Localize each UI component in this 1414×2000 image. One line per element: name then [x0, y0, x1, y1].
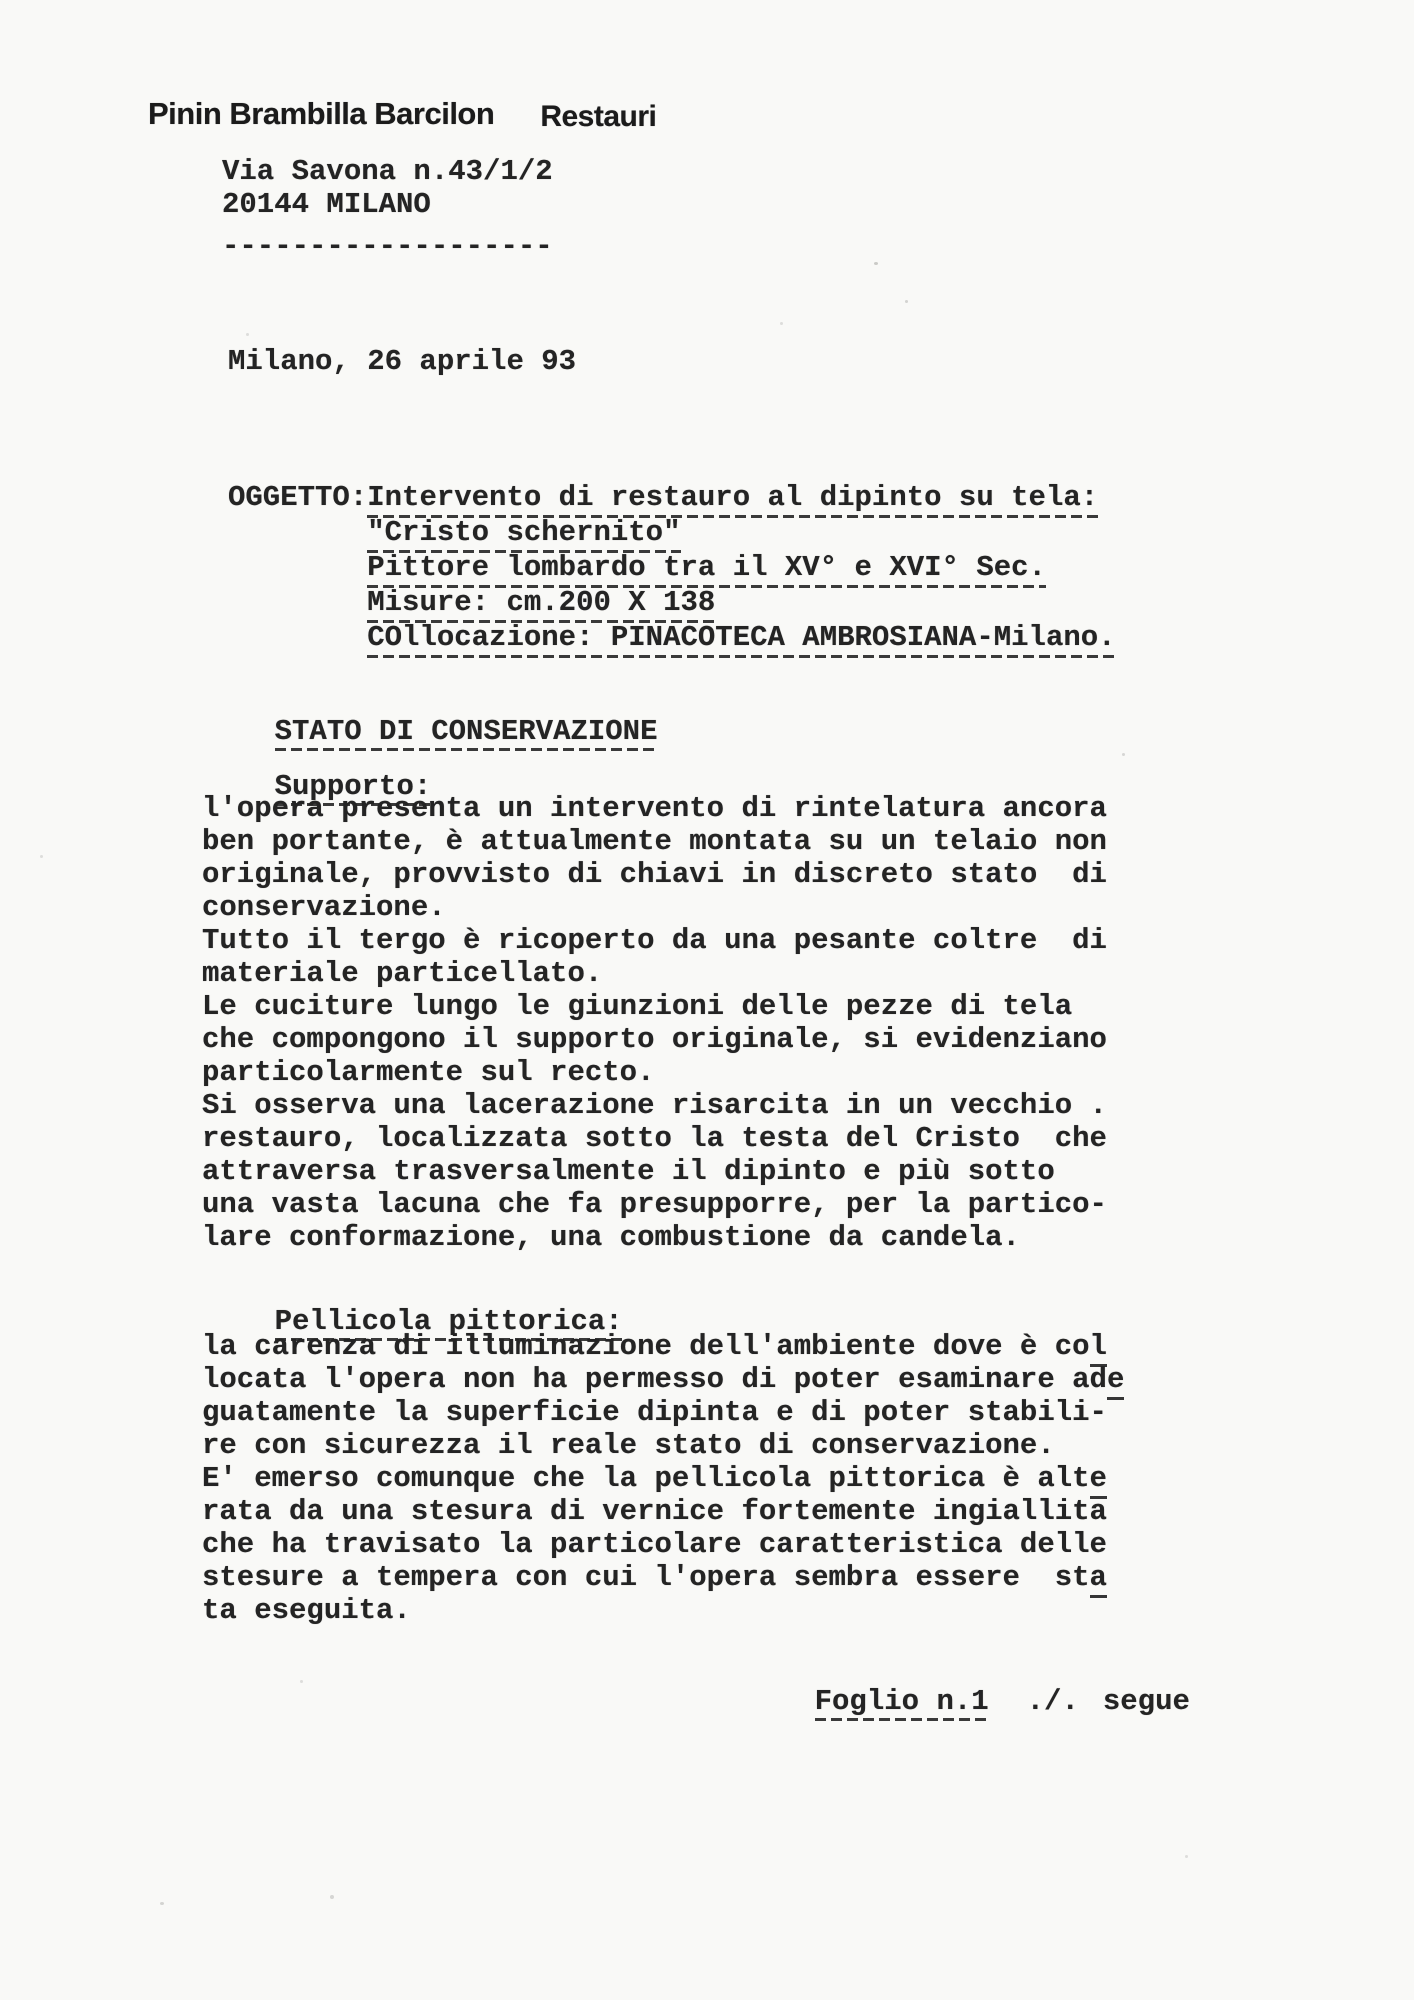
text-line: rata da una stesura di vernice fortement…	[202, 1495, 1124, 1528]
scan-speck	[1122, 753, 1125, 756]
text-line-content: stesure a tempera con cui l'opera sembra…	[202, 1561, 1090, 1594]
subject-block: OGGETTO: Intervento di restauro al dipin…	[228, 480, 1116, 655]
subject-label: OGGETTO:	[228, 480, 367, 655]
text-line: Si osserva una lacerazione risarcita in …	[202, 1089, 1107, 1122]
scan-speck	[874, 262, 878, 265]
text-line: "Cristo schernito"	[367, 515, 1115, 550]
address-city: 20144 MILANO	[222, 188, 431, 221]
underlined-letter: e	[1107, 1363, 1124, 1400]
text-line-content: locata l'opera non ha permesso di poter …	[202, 1363, 1107, 1396]
text-line-content: Si osserva una lacerazione risarcita in …	[202, 1089, 1107, 1122]
text-line-content: re con sicurezza il reale stato di conse…	[202, 1429, 1055, 1462]
text-line-content: COllocazione: PINACOTECA AMBROSIANA-Mila…	[367, 620, 1115, 658]
text-line: Intervento di restauro al dipinto su tel…	[367, 480, 1115, 515]
footer-continuation: segue	[1103, 1685, 1190, 1718]
text-line: che ha travisato la particolare caratter…	[202, 1528, 1124, 1561]
letterhead-name: Pinin Brambilla Barcilon	[148, 96, 494, 132]
text-line: originale, provvisto di chiavi in discre…	[202, 858, 1107, 891]
text-line-content: ta eseguita.	[202, 1594, 411, 1627]
text-line: Pittore lombardo tra il XV° e XVI° Sec.	[367, 550, 1115, 585]
text-line: attraversa trasversalmente il dipinto e …	[202, 1155, 1107, 1188]
text-line-content: lare conformazione, una combustione da c…	[202, 1221, 1020, 1254]
text-line-content: Tutto il tergo è ricoperto da una pesant…	[202, 924, 1107, 957]
text-line: una vasta lacuna che fa presupporre, per…	[202, 1188, 1107, 1221]
address-street: Via Savona n.43/1/2	[222, 155, 553, 188]
text-line: ben portante, è attualmente montata su u…	[202, 825, 1107, 858]
address-line: Via Savona n.43/1/2	[222, 155, 553, 188]
text-line: conservazione.	[202, 891, 1107, 924]
text-line-content: materiale particellato.	[202, 957, 602, 990]
text-line-content: ben portante, è attualmente montata su u…	[202, 825, 1107, 858]
address-line: 20144 MILANO	[222, 188, 553, 221]
text-line-content: una vasta lacuna che fa presupporre, per…	[202, 1188, 1107, 1221]
page-footer: Foglio n.1./.segue	[745, 1652, 1190, 1754]
subject-lines: Intervento di restauro al dipinto su tel…	[367, 480, 1115, 655]
text-line-content: la carenza di illuminazione dell'ambient…	[202, 1330, 1090, 1363]
text-line-content: Le cuciture lungo le giunzioni delle pez…	[202, 990, 1072, 1023]
text-line: E' emerso comunque che la pellicola pitt…	[202, 1462, 1124, 1495]
text-line-content: "Cristo schernito"	[367, 515, 680, 553]
text-line: che compongono il supporto originale, si…	[202, 1023, 1107, 1056]
text-line-content: guatamente la superficie dipinta e di po…	[202, 1396, 1107, 1429]
dateline: Milano, 26 aprile 93	[228, 345, 576, 378]
text-line: Misure: cm.200 X 138	[367, 585, 1115, 620]
text-line: l'opera presenta un intervento di rintel…	[202, 792, 1107, 825]
footer-separator: ./.	[1027, 1685, 1079, 1718]
support-paragraph: l'opera presenta un intervento di rintel…	[202, 792, 1107, 1254]
text-line: restauro, localizzata sotto la testa del…	[202, 1122, 1107, 1155]
text-line-content: restauro, localizzata sotto la testa del…	[202, 1122, 1107, 1155]
underlined-letter: e	[1090, 1462, 1107, 1499]
scan-speck	[246, 333, 249, 336]
scan-speck	[780, 322, 783, 325]
scan-speck	[330, 1895, 334, 1899]
text-line: ta eseguita.	[202, 1594, 1124, 1627]
text-line-content: E' emerso comunque che la pellicola pitt…	[202, 1462, 1090, 1495]
text-line: locata l'opera non ha permesso di poter …	[202, 1363, 1124, 1396]
text-line: particolarmente sul recto.	[202, 1056, 1107, 1089]
letterhead: Pinin Brambilla Barcilon Restauri	[148, 96, 656, 132]
text-line: stesure a tempera con cui l'opera sembra…	[202, 1561, 1124, 1594]
text-line-content: conservazione.	[202, 891, 446, 924]
text-line-content: che ha travisato la particolare caratter…	[202, 1528, 1107, 1561]
paint-film-paragraph: la carenza di illuminazione dell'ambient…	[202, 1330, 1124, 1627]
text-line: re con sicurezza il reale stato di conse…	[202, 1429, 1124, 1462]
text-line: guatamente la superficie dipinta e di po…	[202, 1396, 1124, 1429]
text-line: materiale particellato.	[202, 957, 1107, 990]
text-line-content: l'opera presenta un intervento di rintel…	[202, 792, 1107, 825]
text-line-content: che compongono il supporto originale, si…	[202, 1023, 1107, 1056]
text-line: COllocazione: PINACOTECA AMBROSIANA-Mila…	[367, 620, 1115, 655]
scanned-letter-page: Pinin Brambilla Barcilon Restauri Via Sa…	[0, 0, 1414, 2000]
footer-page-label: Foglio n.1	[815, 1685, 989, 1721]
scan-speck	[160, 1902, 164, 1905]
text-line-content: rata da una stesura di vernice fortement…	[202, 1495, 1107, 1528]
scan-speck	[300, 1680, 303, 1683]
underlined-letter: l	[1090, 1330, 1107, 1367]
text-line: Le cuciture lungo le giunzioni delle pez…	[202, 990, 1107, 1023]
scan-speck	[905, 300, 908, 303]
address-block: Via Savona n.43/1/2 20144 MILANO	[222, 155, 553, 221]
letterhead-tag: Restauri	[540, 100, 656, 134]
scan-speck	[1185, 1855, 1188, 1858]
scan-speck	[40, 855, 43, 858]
text-line-content: Misure: cm.200 X 138	[367, 585, 715, 623]
text-line: la carenza di illuminazione dell'ambient…	[202, 1330, 1124, 1363]
text-line: lare conformazione, una combustione da c…	[202, 1221, 1107, 1254]
text-line-content: attraversa trasversalmente il dipinto e …	[202, 1155, 1055, 1188]
text-line-content: Intervento di restauro al dipinto su tel…	[367, 480, 1098, 518]
text-line-content: Pittore lombardo tra il XV° e XVI° Sec.	[367, 550, 1046, 588]
underlined-letter: a	[1090, 1561, 1107, 1598]
text-line: Tutto il tergo è ricoperto da una pesant…	[202, 924, 1107, 957]
text-line-content: particolarmente sul recto.	[202, 1056, 654, 1089]
text-line-content: originale, provvisto di chiavi in discre…	[202, 858, 1107, 891]
typed-divider: -------------------	[222, 230, 553, 263]
